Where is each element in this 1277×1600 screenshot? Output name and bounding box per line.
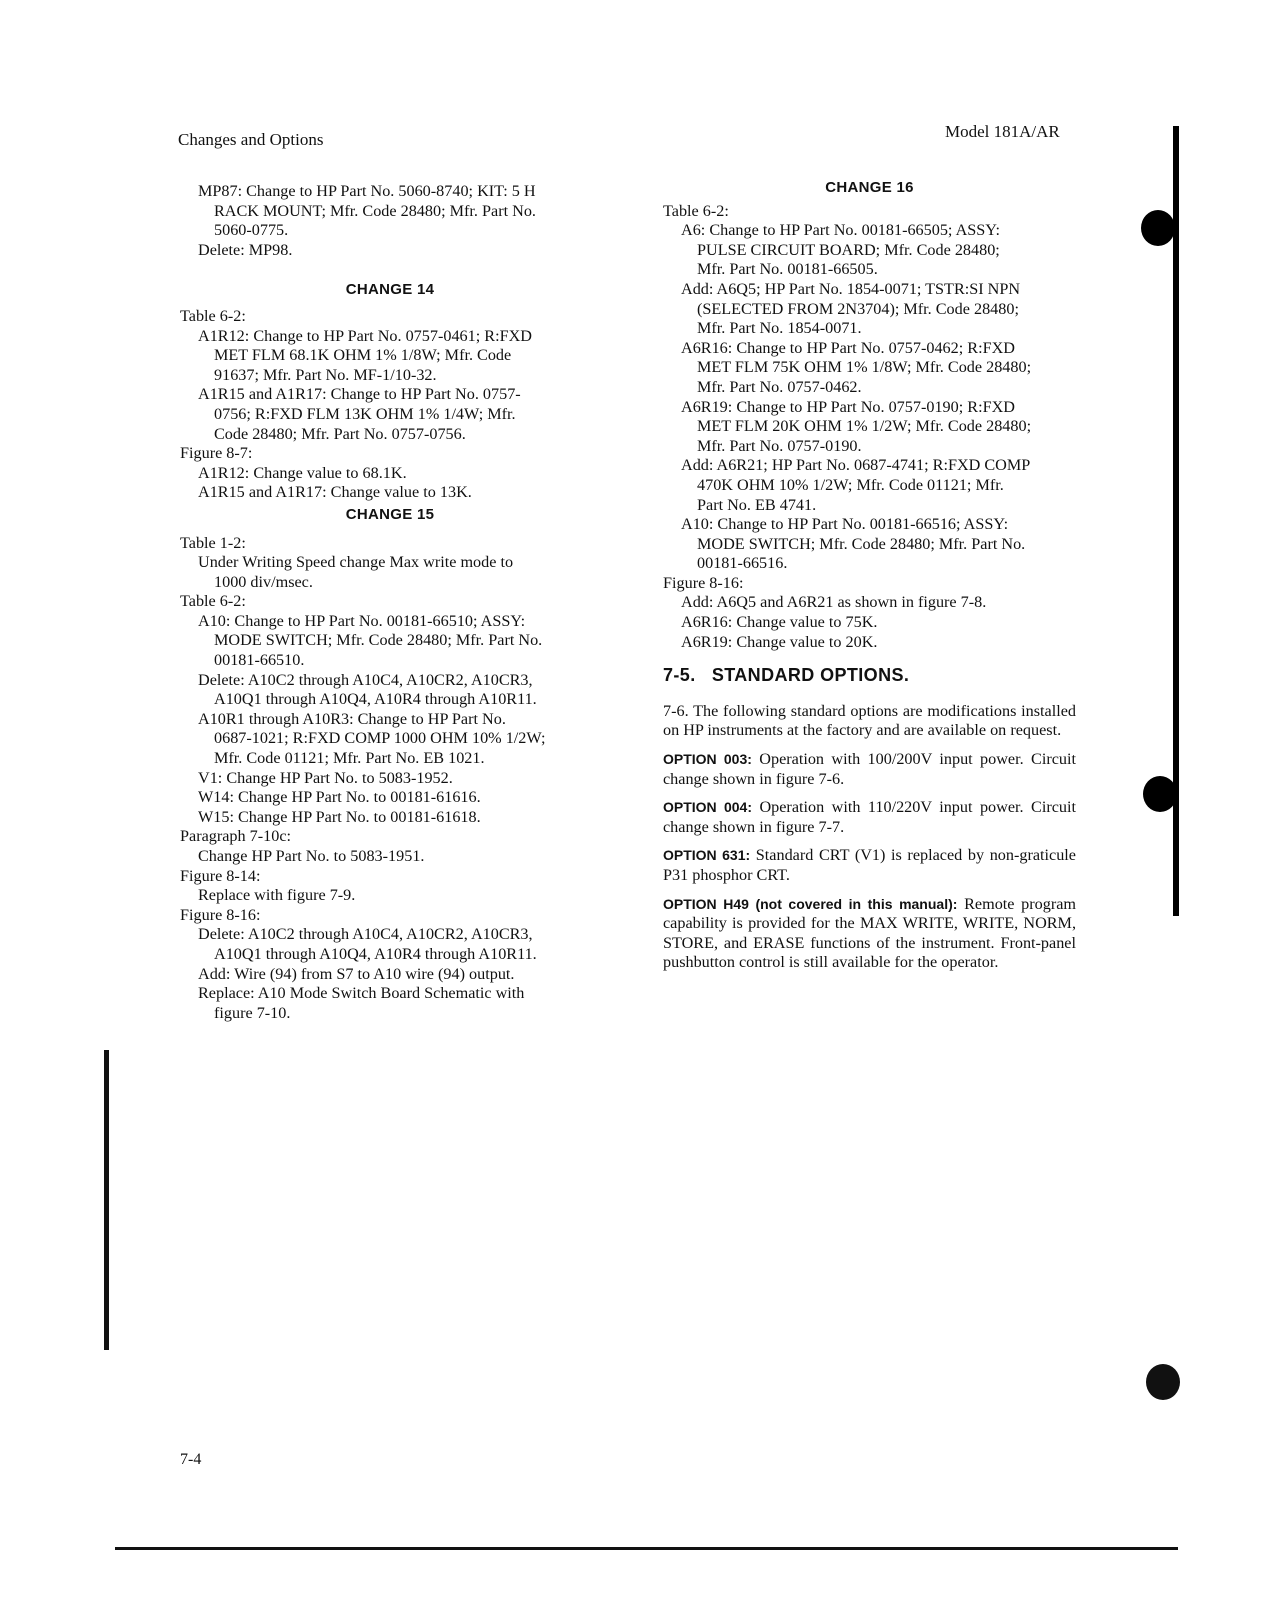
change-entry-line: (SELECTED FROM 2N3704); Mfr. Code 28480;: [663, 300, 1076, 320]
reference-label: Figure 8-16:: [180, 906, 600, 926]
standard-options-intro: 7-6. The following standard options are …: [663, 702, 1076, 741]
change-entry-line: 0687-1021; R:FXD COMP 1000 OHM 10% 1/2W;: [180, 729, 600, 749]
bottom-edge-rule: [115, 1547, 1178, 1550]
option-label: OPTION 003:: [663, 751, 752, 767]
change-entry-line: Mfr. Part No. 0757-0190.: [663, 437, 1076, 457]
binder-hole-icon: [1141, 210, 1175, 246]
change-entry-line: A10R1 through A10R3: Change to HP Part N…: [180, 710, 600, 730]
change-14-body: Table 6-2:A1R12: Change to HP Part No. 0…: [180, 307, 600, 503]
change-entry-line: Mfr. Part No. 0757-0462.: [663, 378, 1076, 398]
change-entry-line: W14: Change HP Part No. to 00181-61616.: [180, 788, 600, 808]
change-entry-line: 00181-66510.: [180, 651, 600, 671]
change-entry-line: Mfr. Part No. 00181-66505.: [663, 260, 1076, 280]
change-entry-line: MET FLM 20K OHM 1% 1/2W; Mfr. Code 28480…: [663, 417, 1076, 437]
change-entry-line: A1R12: Change to HP Part No. 0757-0461; …: [180, 327, 600, 347]
change-entry-line: Mfr. Part No. 1854-0071.: [663, 319, 1076, 339]
change-entry-line: Under Writing Speed change Max write mod…: [180, 553, 600, 573]
reference-label: Figure 8-16:: [663, 574, 1076, 594]
change-entry-line: 91637; Mfr. Part No. MF-1/10-32.: [180, 366, 600, 386]
change-entry-line: Change HP Part No. to 5083-1951.: [180, 847, 600, 867]
reference-label: Table 6-2:: [180, 592, 600, 612]
reference-label: Table 6-2:: [663, 202, 1076, 222]
change-entry-line: Mfr. Code 01121; Mfr. Part No. EB 1021.: [180, 749, 600, 769]
reference-label: Figure 8-7:: [180, 444, 600, 464]
change-entry-line: MODE SWITCH; Mfr. Code 28480; Mfr. Part …: [663, 535, 1076, 555]
option-entry: OPTION H49 (not covered in this manual):…: [663, 895, 1076, 973]
change-entry-line: Delete: MP98.: [180, 241, 600, 261]
left-column: MP87: Change to HP Part No. 5060-8740; K…: [180, 182, 600, 1023]
change-entry-line: figure 7-10.: [180, 1004, 600, 1024]
change-entry-line: A1R15 and A1R17: Change to HP Part No. 0…: [180, 385, 600, 405]
options-list: OPTION 003: Operation with 100/200V inpu…: [663, 750, 1076, 973]
change-entry-line: Replace: A10 Mode Switch Board Schematic…: [180, 984, 600, 1004]
change-entry-line: A6R16: Change value to 75K.: [663, 613, 1076, 633]
change-entry-line: V1: Change HP Part No. to 5083-1952.: [180, 769, 600, 789]
change-entry-line: 1000 div/msec.: [180, 573, 600, 593]
change-entry-line: Part No. EB 4741.: [663, 496, 1076, 516]
change-entry-line: A1R12: Change value to 68.1K.: [180, 464, 600, 484]
change-entry-line: Code 28480; Mfr. Part No. 0757-0756.: [180, 425, 600, 445]
binder-hole-icon: [1146, 1364, 1180, 1400]
change-entry-line: A10: Change to HP Part No. 00181-66510; …: [180, 612, 600, 632]
change-entry-line: A1R15 and A1R17: Change value to 13K.: [180, 483, 600, 503]
change-entry-line: Delete: A10C2 through A10C4, A10CR2, A10…: [180, 925, 600, 945]
change-entry-line: 5060-0775.: [180, 221, 600, 241]
change-entry-line: Delete: A10C2 through A10C4, A10CR2, A10…: [180, 671, 600, 691]
change-15-heading: CHANGE 15: [180, 505, 600, 525]
change-14-heading: CHANGE 14: [180, 280, 600, 300]
change-entry-line: 0756; R:FXD FLM 13K OHM 1% 1/4W; Mfr.: [180, 405, 600, 425]
change-entry-line: Add: A6Q5 and A6R21 as shown in figure 7…: [663, 593, 1076, 613]
change-entry-line: 470K OHM 10% 1/2W; Mfr. Code 01121; Mfr.: [663, 476, 1076, 496]
change-entry-line: MP87: Change to HP Part No. 5060-8740; K…: [180, 182, 600, 202]
option-entry: OPTION 004: Operation with 110/220V inpu…: [663, 798, 1076, 837]
change-entry-line: MET FLM 75K OHM 1% 1/8W; Mfr. Code 28480…: [663, 358, 1076, 378]
reference-label: Table 1-2:: [180, 534, 600, 554]
continued-changes-block: MP87: Change to HP Part No. 5060-8740; K…: [180, 182, 600, 260]
change-15-body: Table 1-2:Under Writing Speed change Max…: [180, 534, 600, 1024]
change-entry-line: A10Q1 through A10Q4, A10R4 through A10R1…: [180, 945, 600, 965]
scan-edge-artifact: [104, 1050, 109, 1350]
change-entry-line: 00181-66516.: [663, 554, 1076, 574]
change-entry-line: Add: A6Q5; HP Part No. 1854-0071; TSTR:S…: [663, 280, 1076, 300]
binder-hole-icon: [1143, 776, 1177, 812]
option-label: OPTION 631:: [663, 847, 750, 863]
change-entry-line: A6R16: Change to HP Part No. 0757-0462; …: [663, 339, 1076, 359]
running-header-model: Model 181A/AR: [945, 122, 1060, 142]
change-16-heading: CHANGE 16: [663, 178, 1076, 198]
reference-label: Paragraph 7-10c:: [180, 827, 600, 847]
change-entry-line: A10: Change to HP Part No. 00181-66516; …: [663, 515, 1076, 535]
page-number: 7-4: [180, 1451, 201, 1469]
change-entry-line: A6R19: Change value to 20K.: [663, 633, 1076, 653]
change-entry-line: A10Q1 through A10Q4, A10R4 through A10R1…: [180, 690, 600, 710]
option-entry: OPTION 003: Operation with 100/200V inpu…: [663, 750, 1076, 789]
change-entry-line: W15: Change HP Part No. to 00181-61618.: [180, 808, 600, 828]
change-entry-line: RACK MOUNT; Mfr. Code 28480; Mfr. Part N…: [180, 202, 600, 222]
change-entry-line: A6: Change to HP Part No. 00181-66505; A…: [663, 221, 1076, 241]
right-column: CHANGE 16 Table 6-2:A6: Change to HP Par…: [663, 178, 1076, 973]
change-entry-line: Add: Wire (94) from S7 to A10 wire (94) …: [180, 965, 600, 985]
change-entry-line: PULSE CIRCUIT BOARD; Mfr. Code 28480;: [663, 241, 1076, 261]
section-heading-standard-options: 7-5. STANDARD OPTIONS.: [663, 666, 1076, 686]
change-entry-line: MODE SWITCH; Mfr. Code 28480; Mfr. Part …: [180, 631, 600, 651]
option-label: OPTION H49 (not covered in this manual):: [663, 896, 957, 912]
change-entry-line: Replace with figure 7-9.: [180, 886, 600, 906]
option-label: OPTION 004:: [663, 799, 752, 815]
option-entry: OPTION 631: Standard CRT (V1) is replace…: [663, 846, 1076, 885]
change-entry-line: MET FLM 68.1K OHM 1% 1/8W; Mfr. Code: [180, 346, 600, 366]
reference-label: Table 6-2:: [180, 307, 600, 327]
change-entry-line: Add: A6R21; HP Part No. 0687-4741; R:FXD…: [663, 456, 1076, 476]
reference-label: Figure 8-14:: [180, 867, 600, 887]
change-16-body: Table 6-2:A6: Change to HP Part No. 0018…: [663, 202, 1076, 653]
change-entry-line: A6R19: Change to HP Part No. 0757-0190; …: [663, 398, 1076, 418]
running-header-section-title: Changes and Options: [178, 130, 323, 150]
